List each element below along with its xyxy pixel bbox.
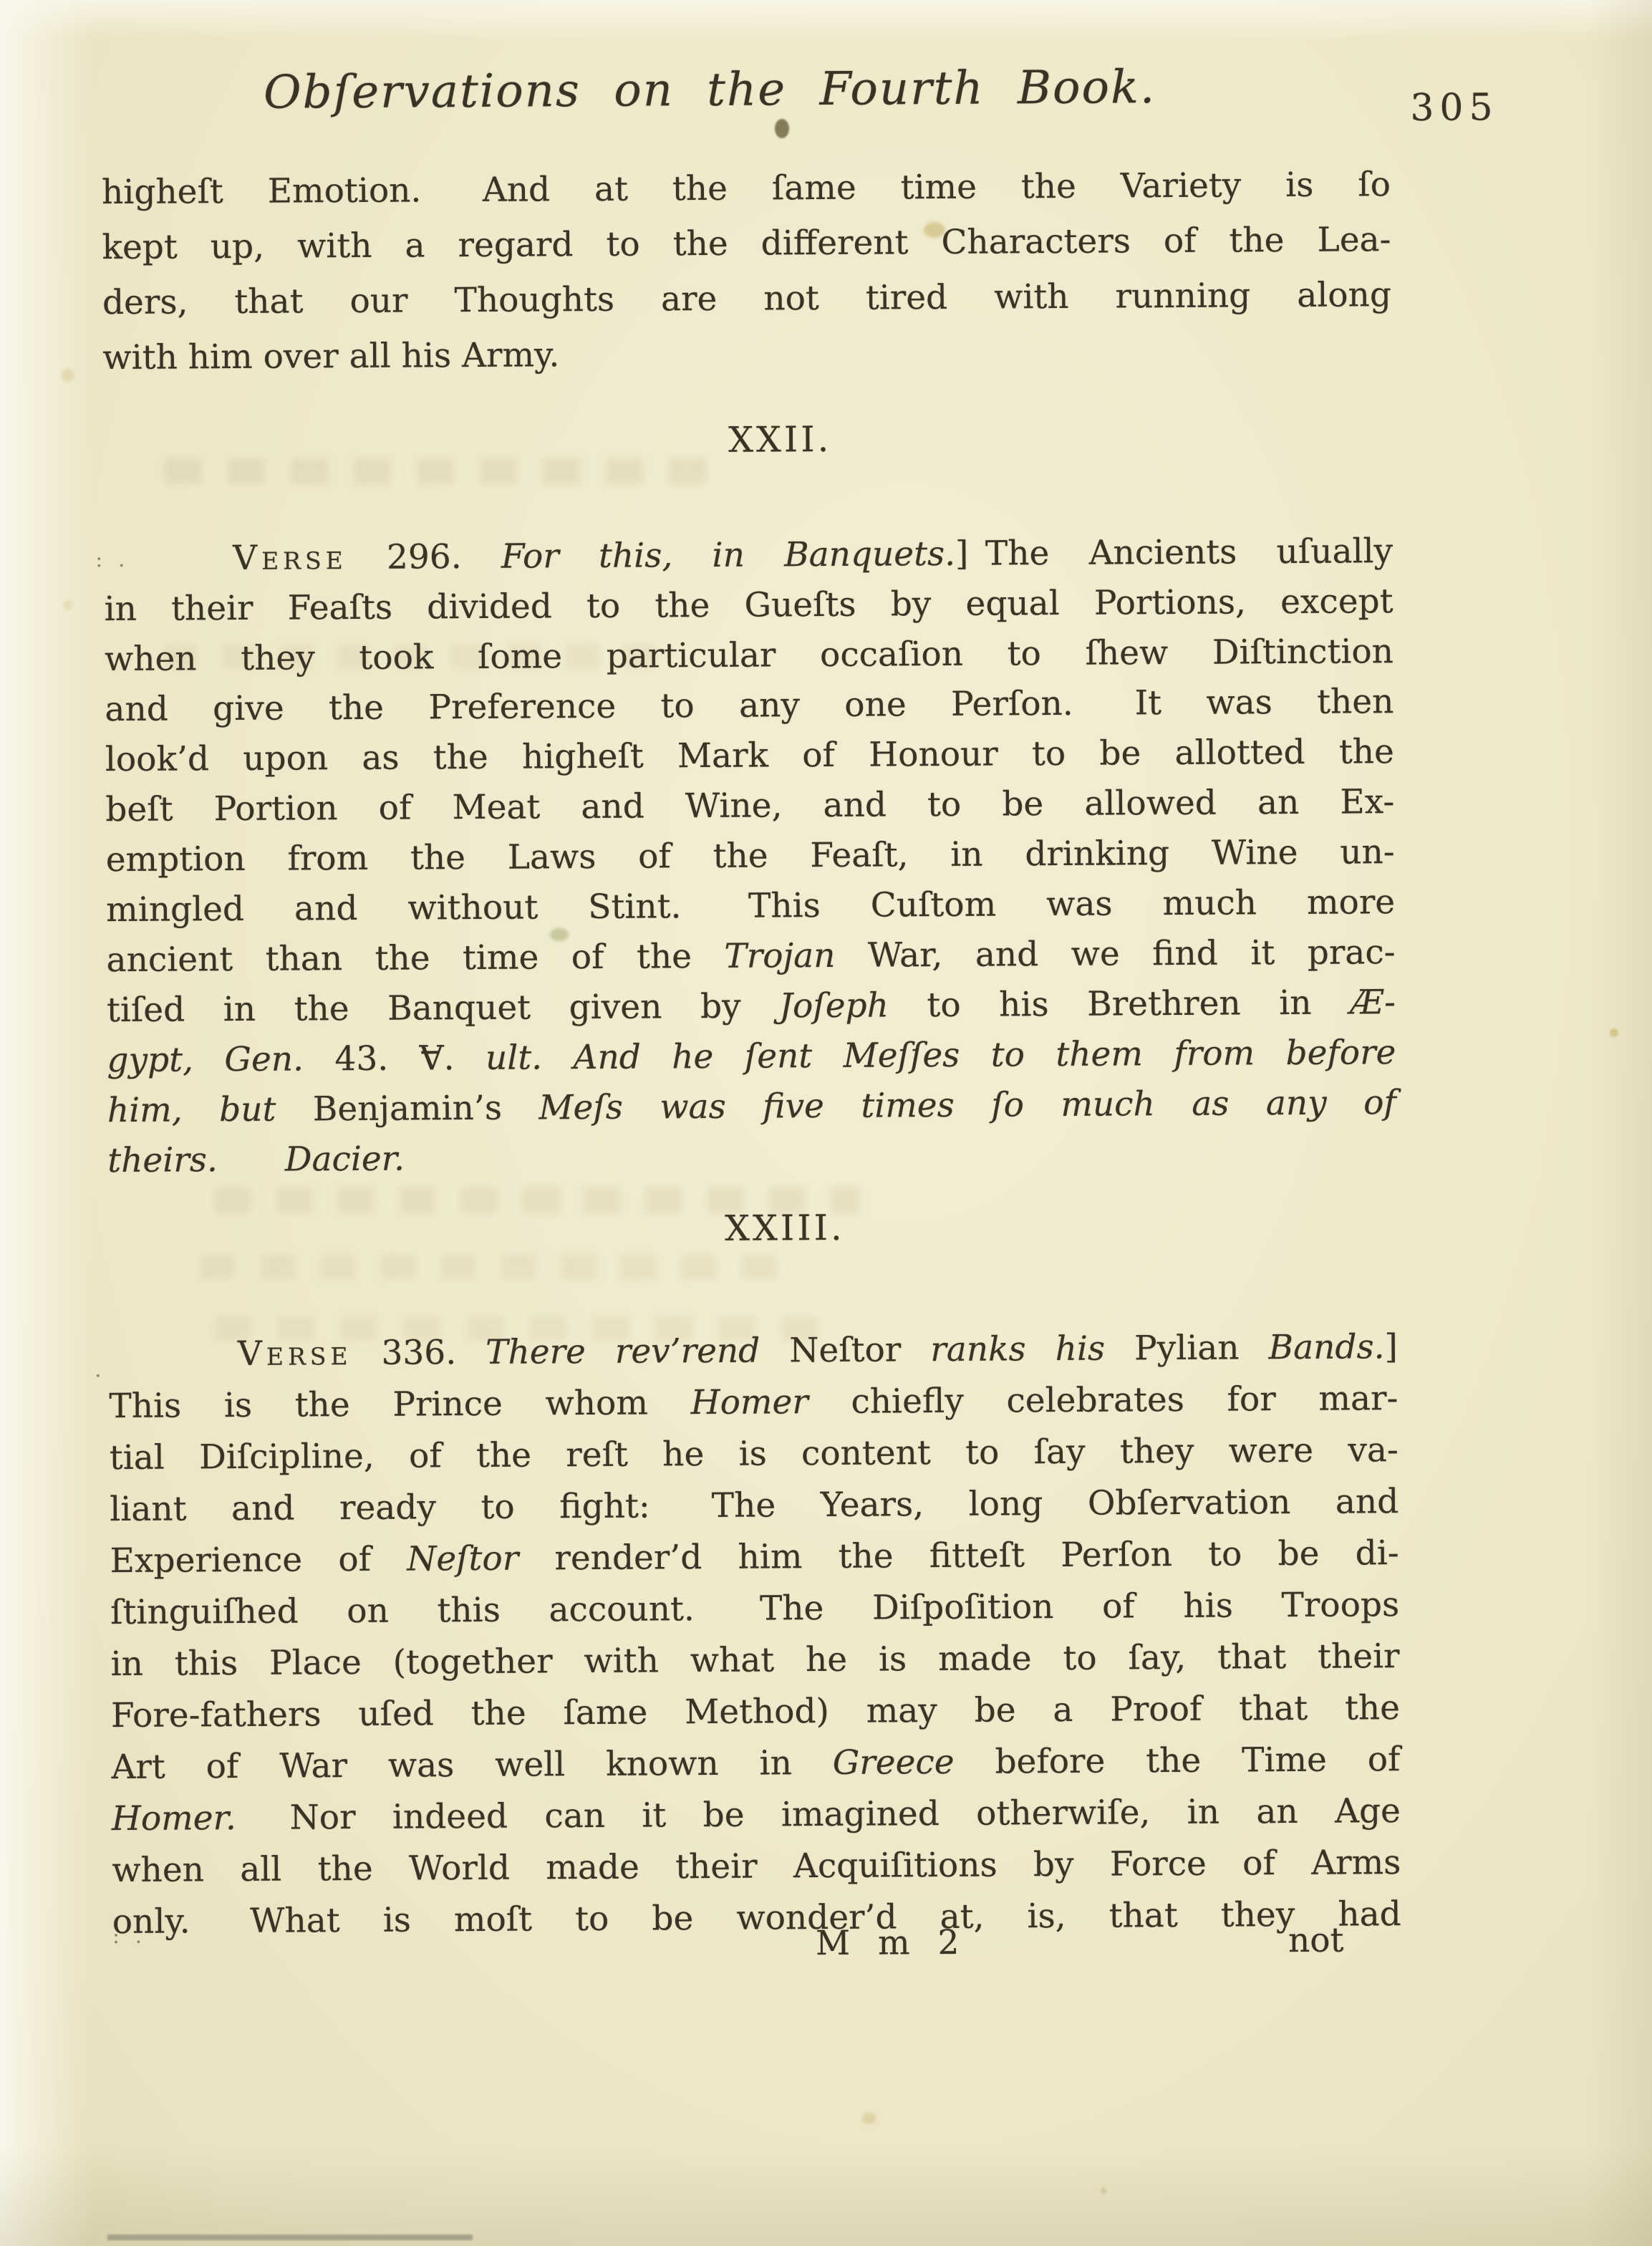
text-segment: render’d him the fitteſt Perſon to be di… bbox=[554, 1533, 1399, 1578]
text-segment: Pylian bbox=[1134, 1328, 1269, 1368]
small-caps-word: Verse bbox=[233, 538, 347, 578]
text-segment: There rev’rend bbox=[486, 1331, 789, 1372]
book-page-scan: Obſervations on the Fourth Book. 305 hig… bbox=[0, 0, 1652, 2246]
press-signature: M m 2 bbox=[816, 1923, 962, 1963]
text-line: Art of War was well known in Greece befo… bbox=[111, 1734, 1400, 1793]
text-segment: higheſt Emotion. And at the ſame time th… bbox=[102, 165, 1391, 212]
text-segment: Fore-fathers uſed the ſame Method) may b… bbox=[111, 1688, 1400, 1735]
text-segment: Meſs was five times ſo much as any of bbox=[538, 1083, 1396, 1127]
text-segment bbox=[218, 1140, 285, 1180]
text-line: ders, that our Thoughts are not tired wi… bbox=[102, 267, 1391, 330]
section-heading-xxiii: XXIII. bbox=[108, 1204, 1397, 1253]
text-line: Homer. Nor indeed can it be imagined oth… bbox=[112, 1785, 1401, 1845]
text-line: and give the Preference to any one Perſo… bbox=[105, 677, 1393, 735]
text-segment: For this, in Banquets. bbox=[501, 534, 955, 577]
text-line: ancient than the time of the Trojan War,… bbox=[106, 927, 1395, 985]
text-segment: ult. And he ſent Meſſes to them from bef… bbox=[486, 1033, 1396, 1078]
text-segment: This is the Prince whom bbox=[109, 1383, 691, 1426]
text-line: him, but Benjamin’s Meſs was five times … bbox=[107, 1078, 1396, 1136]
text-segment: . bbox=[443, 1038, 486, 1078]
text-segment: gypt, Gen. bbox=[107, 1039, 304, 1080]
text-segment: ders, that our Thoughts are not tired wi… bbox=[102, 275, 1391, 322]
text-line: beſt Portion of Meat and Wine, and to be… bbox=[105, 777, 1394, 835]
text-line: when all the World made their Acquiſitio… bbox=[112, 1837, 1401, 1896]
text-segment: Homer bbox=[690, 1382, 851, 1422]
text-segment: when they took ſome particular occaſion … bbox=[105, 632, 1393, 679]
text-segment: emption from the Laws of the Feaſt, in d… bbox=[106, 832, 1395, 879]
text-segment: War, and we find it prac- bbox=[868, 932, 1396, 975]
running-title: Obſervations on the Fourth Book. bbox=[72, 60, 1347, 121]
text-segment: Homer. bbox=[112, 1798, 236, 1838]
page-number: 305 bbox=[1410, 86, 1499, 130]
margin-ink-mark: : . bbox=[95, 547, 129, 572]
text-segment: to his Brethren in bbox=[927, 983, 1350, 1026]
text-line: only. What is moſt to be wonder’d at, is… bbox=[112, 1889, 1401, 1948]
text-segment: beſt Portion of Meat and Wine, and to be… bbox=[105, 782, 1394, 829]
text-line: Experience of Neſtor render’d him the fi… bbox=[110, 1528, 1399, 1587]
text-segment: kept up, with a regard to the different … bbox=[102, 220, 1391, 267]
text-line: Verse 296. For this, in Banquets.] The A… bbox=[104, 526, 1393, 584]
text-line: Verse 336. There rev’rend Neſtor ranks h… bbox=[109, 1321, 1398, 1381]
text-segment: Nor indeed can it be imagined otherwiſe,… bbox=[236, 1791, 1401, 1838]
text-segment: Bands. bbox=[1268, 1327, 1384, 1367]
paragraph-verse-336: Verse 336. There rev’rend Neſtor ranks h… bbox=[109, 1321, 1401, 1948]
text-line: gypt, Gen. 43. V. ult. And he ſent Meſſe… bbox=[107, 1028, 1396, 1086]
text-line: theirs. Dacier. bbox=[107, 1128, 1396, 1186]
text-line: higheſt Emotion. And at the ſame time th… bbox=[102, 157, 1391, 220]
margin-ink-mark: : . bbox=[112, 1924, 146, 1949]
text-segment: Æ- bbox=[1350, 983, 1396, 1022]
text-line: mingled and without Stint. This Cuſtom w… bbox=[106, 877, 1395, 935]
text-segment: Trojan bbox=[724, 936, 868, 976]
text-line: look’d upon as the higheſt Mark of Honou… bbox=[105, 727, 1394, 785]
text-segment: Neſtor bbox=[789, 1330, 930, 1370]
text-segment: 296. bbox=[347, 537, 502, 577]
text-segment: when all the World made their Acquiſitio… bbox=[112, 1843, 1401, 1890]
text-line: kept up, with a regard to the different … bbox=[102, 212, 1391, 275]
text-line: Fore-fathers uſed the ſame Method) may b… bbox=[111, 1682, 1400, 1742]
text-segment: ancient than the time of the bbox=[106, 937, 724, 980]
text-line: tial Diſcipline, of the reſt he is conte… bbox=[110, 1425, 1399, 1484]
paragraph-verse-296: Verse 296. For this, in Banquets.] The A… bbox=[104, 526, 1397, 1186]
text-segment: him, but bbox=[107, 1089, 313, 1130]
text-line: when they took ſome particular occaſion … bbox=[105, 627, 1393, 685]
text-segment: ] bbox=[1384, 1327, 1398, 1367]
text-segment: V bbox=[419, 1033, 443, 1084]
text-segment: tial Diſcipline, of the reſt he is conte… bbox=[110, 1430, 1399, 1478]
text-segment: with him over all his Army. bbox=[102, 335, 559, 377]
text-segment: before the Time of bbox=[995, 1740, 1400, 1781]
text-line: tiſed in the Banquet given by Joſeph to … bbox=[107, 978, 1396, 1036]
text-segment: Joſeph bbox=[779, 985, 927, 1026]
page-content: Obſervations on the Fourth Book. 305 hig… bbox=[0, 0, 1652, 2246]
text-line: emption from the Laws of the Feaſt, in d… bbox=[106, 827, 1395, 885]
text-segment: Dacier. bbox=[285, 1139, 405, 1180]
text-line: in their Feaſts divided to the Gueſts by… bbox=[104, 577, 1393, 635]
text-segment: only. What is moſt to be wonder’d at, is… bbox=[112, 1894, 1401, 1942]
text-segment: theirs. bbox=[107, 1140, 218, 1180]
text-segment: ranks his bbox=[930, 1329, 1134, 1369]
text-line: ſtinguiſhed on this account. The Diſpoſi… bbox=[110, 1579, 1399, 1639]
text-segment: Art of War was well known in bbox=[111, 1743, 833, 1787]
text-segment: chiefly celebrates for mar- bbox=[851, 1379, 1398, 1422]
text-segment: ſtinguiſhed on this account. The Diſpoſi… bbox=[110, 1585, 1399, 1632]
text-segment: Benjamin’s bbox=[313, 1088, 539, 1129]
margin-ink-mark: · bbox=[95, 1364, 106, 1389]
text-line: in this Place (together with what he is … bbox=[110, 1631, 1399, 1690]
text-segment: ] The Ancients uſually bbox=[955, 531, 1393, 574]
text-segment: look’d upon as the higheſt Mark of Honou… bbox=[105, 732, 1394, 779]
text-segment: liant and ready to fight: The Years, lon… bbox=[110, 1482, 1399, 1529]
text-segment: Neſtor bbox=[407, 1538, 555, 1579]
text-segment: mingled and without Stint. This Cuſtom w… bbox=[106, 882, 1395, 930]
section-heading-xxii: XXII. bbox=[103, 415, 1392, 464]
small-caps-word: Verse bbox=[238, 1334, 352, 1374]
text-line: with him over all his Army. bbox=[102, 322, 1391, 385]
text-segment: 336. bbox=[352, 1333, 486, 1373]
text-line: This is the Prince whom Homer chiefly ce… bbox=[109, 1373, 1398, 1432]
text-segment: Greece bbox=[833, 1743, 995, 1783]
text-segment: Experience of bbox=[110, 1540, 407, 1581]
text-segment: 43. bbox=[304, 1038, 420, 1079]
text-segment: tiſed in the Banquet given by bbox=[107, 986, 780, 1030]
catchword: not bbox=[1288, 1921, 1344, 1960]
text-segment: in this Place (together with what he is … bbox=[110, 1637, 1399, 1684]
text-segment: in their Feaſts divided to the Gueſts by… bbox=[104, 582, 1393, 629]
text-line: liant and ready to fight: The Years, lon… bbox=[110, 1476, 1399, 1536]
text-segment: and give the Preference to any one Perſo… bbox=[105, 682, 1393, 729]
paragraph-continuation: higheſt Emotion. And at the ſame time th… bbox=[102, 157, 1392, 385]
